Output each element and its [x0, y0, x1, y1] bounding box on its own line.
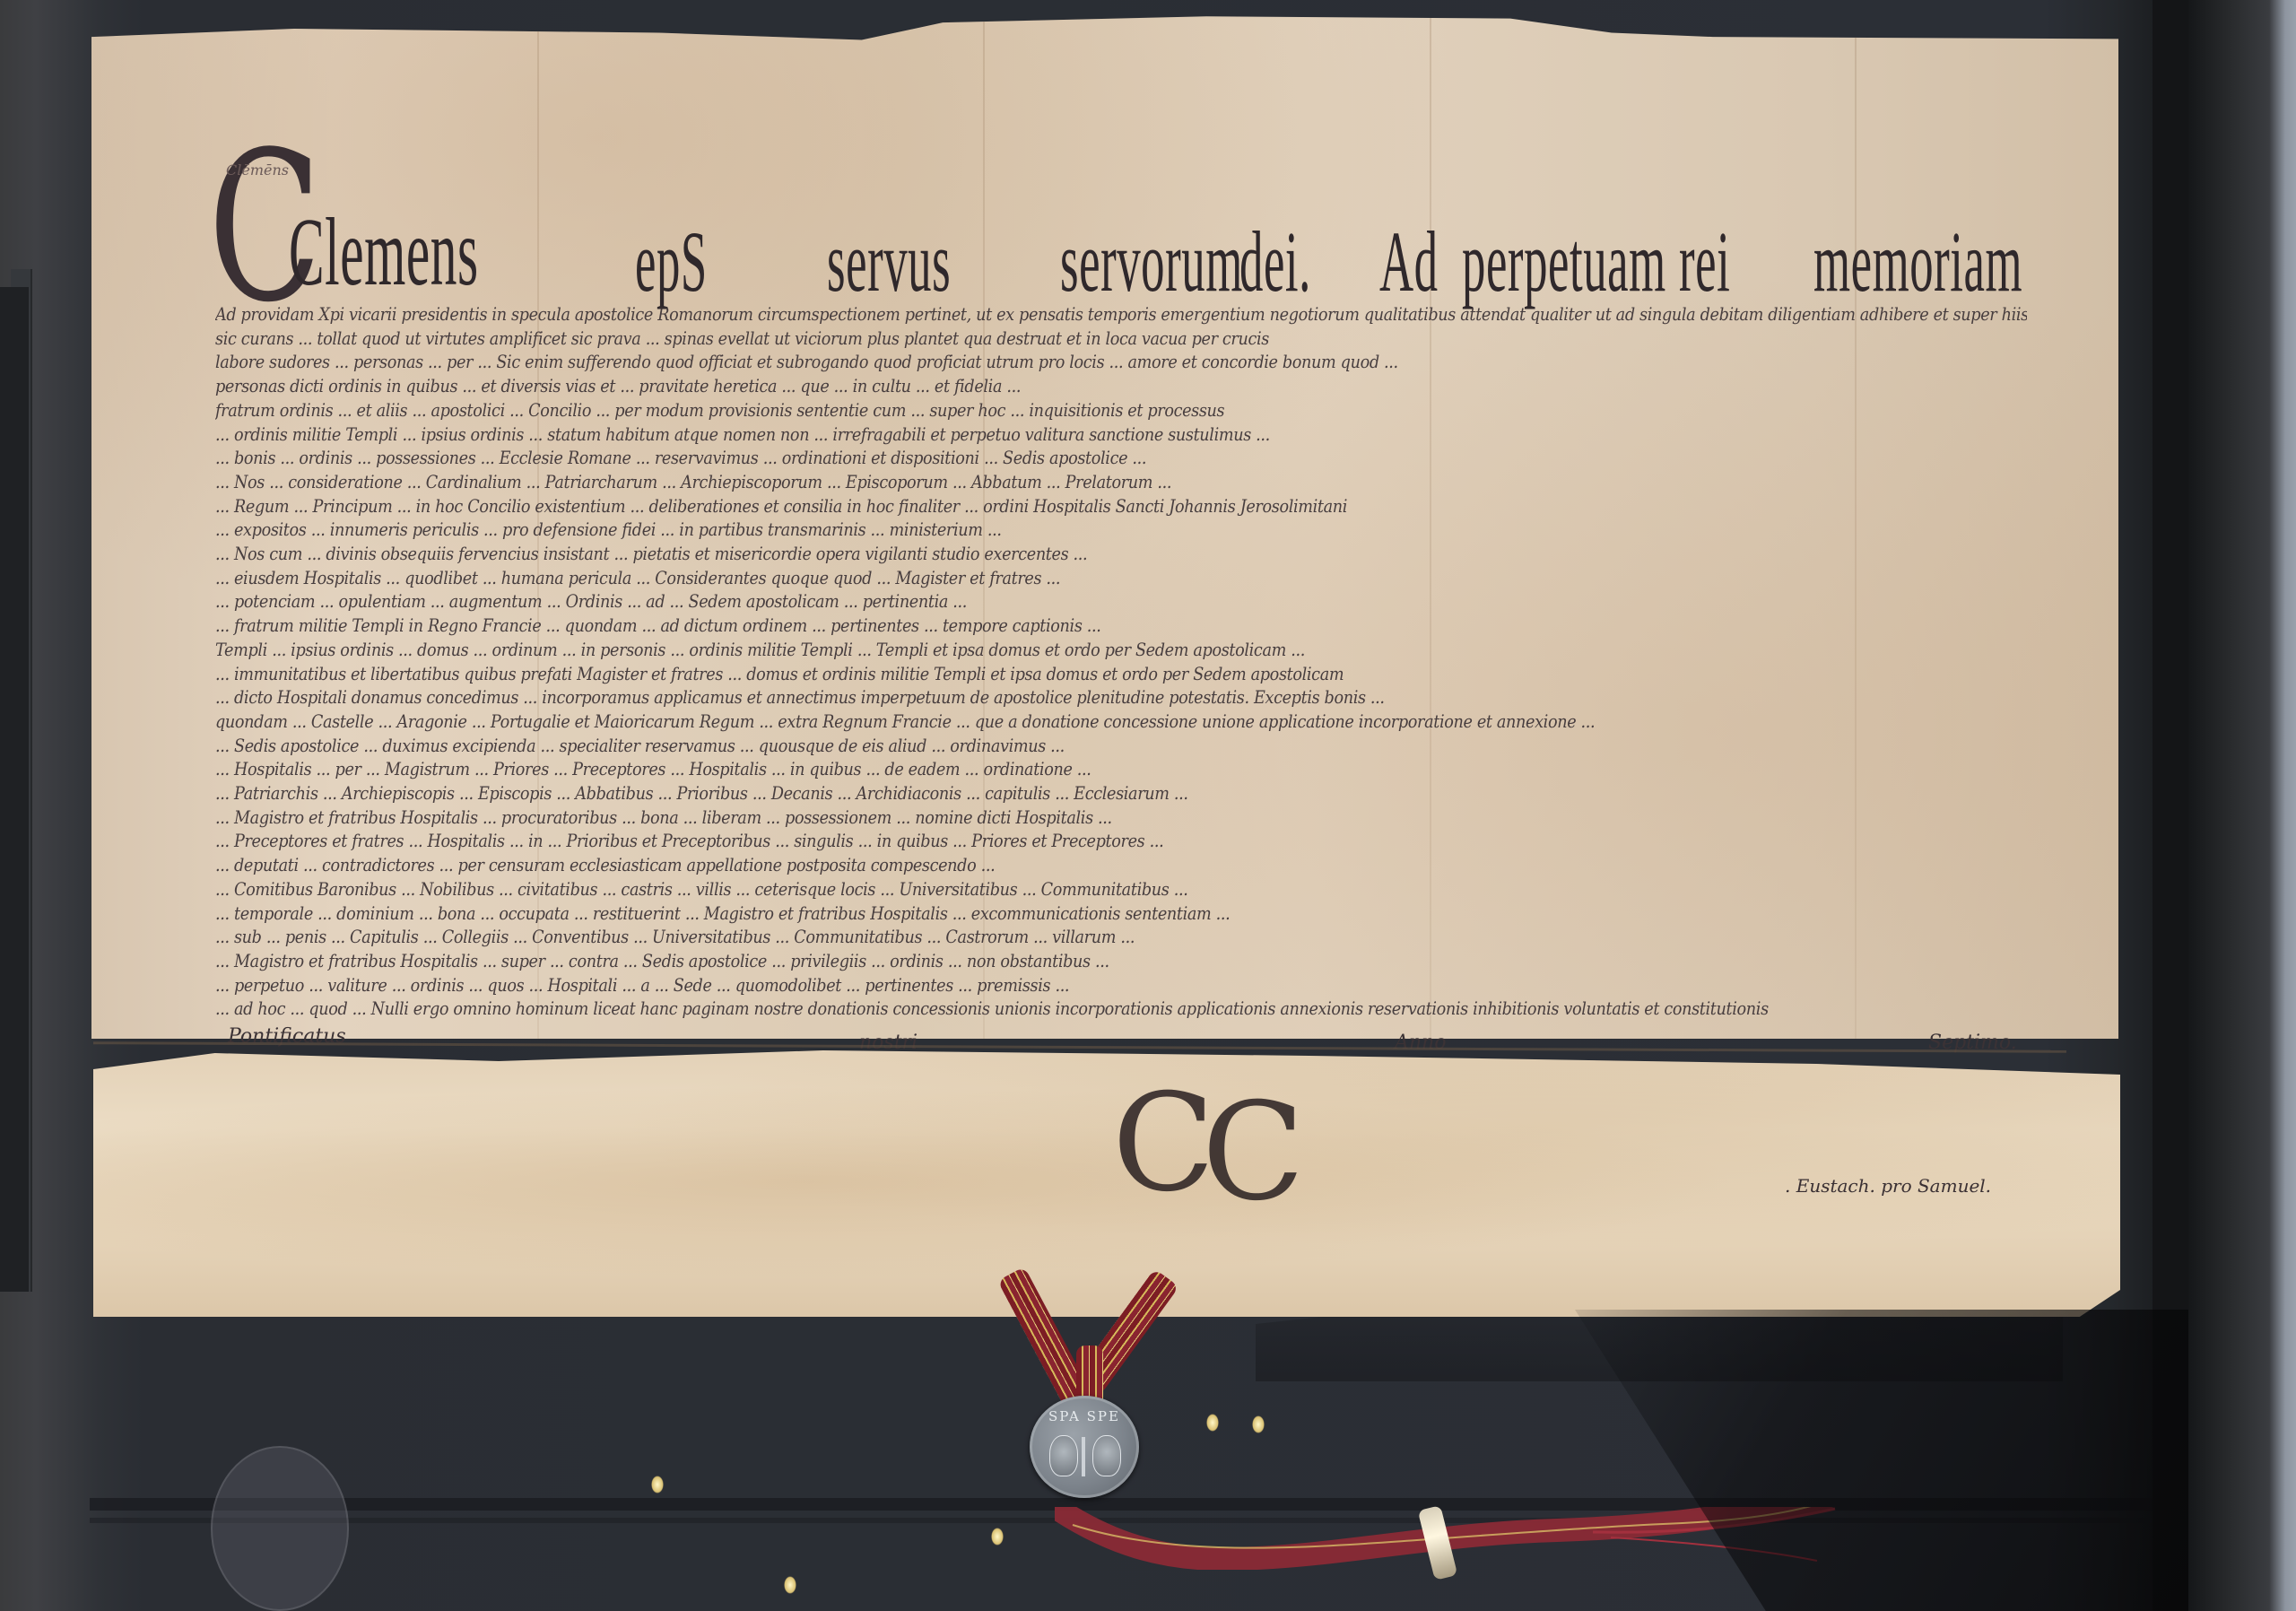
text-line: ... potenciam ... opulentiam ... augment…	[215, 590, 1846, 614]
plica-mark: C	[1202, 1085, 1305, 1220]
lead-seal-bulla: SPA SPE	[1030, 1396, 1139, 1498]
reflected-light-icon	[991, 1528, 1004, 1546]
scribe-signature: . Eustach. pro Samuel.	[1785, 1175, 1991, 1197]
text-line: ... deputati ... contradictores ... per …	[215, 854, 1846, 878]
header-word-servorum: servorum	[1060, 219, 1243, 305]
text-line: labore sudores ... personas ... per ... …	[215, 351, 1846, 375]
closing-anno: Anno	[1395, 1032, 1446, 1054]
text-line: ... Nos cum ... divinis obsequiis ferven…	[215, 543, 1846, 567]
text-line: ... Comitibus Baronibus ... Nobilibus ..…	[215, 878, 1846, 902]
reflected-light-icon	[1206, 1414, 1219, 1432]
text-line: ... fratrum militie Templi in Regno Fran…	[215, 614, 1846, 639]
apostle-head-paul-icon	[1049, 1435, 1078, 1476]
header-word-rei: rei	[1679, 219, 1730, 305]
seal-cross-icon	[1082, 1437, 1085, 1476]
apostle-head-peter-icon	[1092, 1435, 1121, 1476]
text-line: ... eiusdem Hospitalis ... quodlibet ...…	[215, 567, 1846, 591]
text-line: ... bonis ... ordinis ... possessiones .…	[215, 447, 1846, 471]
text-line: ... ordinis militie Templi ... ipsius or…	[215, 423, 1846, 448]
reflected-light-icon	[784, 1576, 796, 1594]
text-line: ... sub ... penis ... Capitulis ... Coll…	[215, 926, 1846, 950]
initial-flourish: Clēmēns	[226, 161, 289, 179]
text-line: ... ad hoc ... quod ... Nulli ergo omnin…	[215, 997, 1846, 1022]
text-line: sic curans ... tollat quod ut virtutes a…	[215, 327, 1846, 352]
text-line: ... immunitatibus et libertatibus quibus…	[215, 663, 1846, 687]
case-left-bar	[0, 287, 29, 1292]
text-line: Ad providam Xpi vicarii presidentis in s…	[215, 303, 1846, 327]
header-word-perpetuam: perpetuam	[1462, 219, 1666, 305]
closing-nostri: nostri	[859, 1032, 918, 1054]
document-header: C Clēmēns Clemens epS servus servorum de…	[208, 126, 2092, 323]
text-line: ... Patriarchis ... Archiepiscopis ... E…	[215, 782, 1846, 806]
text-line: fratrum ordinis ... et aliis ... apostol…	[215, 399, 1846, 423]
reflected-light-icon	[651, 1476, 664, 1493]
reflected-light-icon	[1252, 1415, 1265, 1433]
plica-mark: C	[1112, 1076, 1215, 1211]
header-word-servus: servus	[827, 219, 951, 305]
glass-reflection-oval	[211, 1446, 349, 1611]
text-line: ... perpetuo ... valiture ... ordinis ..…	[215, 974, 1846, 998]
text-line: ... Magistro et fratribus Hospitalis ...…	[215, 806, 1846, 831]
header-word-episcopus: epS	[635, 219, 708, 305]
text-line: Templi ... ipsius ordinis ... domus ... …	[215, 639, 1846, 663]
text-line: ... Sedis apostolice ... duximus excipie…	[215, 735, 1846, 759]
header-word-clemens: Clemens	[289, 205, 479, 301]
text-line: ... Magistro et fratribus Hospitalis ...…	[215, 950, 1846, 974]
text-line: quondam ... Castelle ... Aragonie ... Po…	[215, 710, 1846, 735]
text-line: ... Preceptores et fratres ... Hospitali…	[215, 830, 1846, 854]
text-line: ... expositos ... innumeris periculis ..…	[215, 518, 1846, 543]
seal-legend: SPA SPE	[1030, 1408, 1139, 1424]
text-line: ... Hospitalis ... per ... Magistrum ...…	[215, 758, 1846, 782]
text-line: ... temporale ... dominium ... bona ... …	[215, 902, 1846, 927]
text-line: ... dicto Hospitali donamus concedimus .…	[215, 686, 1846, 710]
text-line: ... Regum ... Principum ... in hoc Conci…	[215, 495, 1846, 519]
header-word-ad: Ad	[1379, 219, 1439, 305]
text-line: personas dicti ordinis in quibus ... et …	[215, 375, 1846, 399]
header-word-dei: dei.	[1239, 219, 1311, 305]
header-word-memoriam: memoriam	[1813, 219, 2022, 305]
text-line: ... Nos ... consideratione ... Cardinali…	[215, 471, 1846, 495]
document-body-text: Ad providam Xpi vicarii presidentis in s…	[215, 303, 2027, 1039]
